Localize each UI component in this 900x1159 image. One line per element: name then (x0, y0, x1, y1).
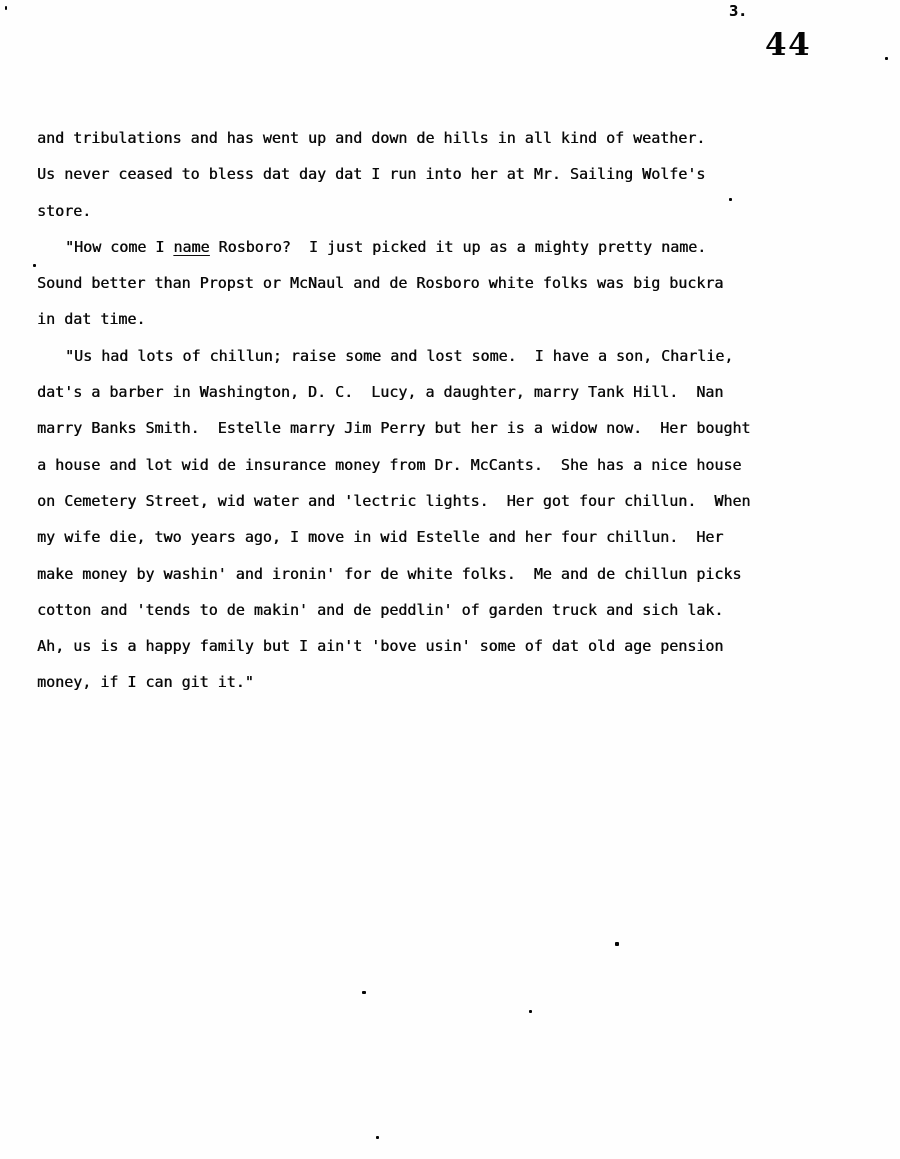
underlined-word: name (173, 238, 209, 256)
text-line: marry Banks Smith. Estelle marry Jim Per… (37, 410, 750, 446)
text-line: my wife die, two years ago, I move in wi… (37, 519, 750, 555)
text-line: in dat time. (37, 301, 750, 337)
archive-stamp-number: 44 (765, 27, 811, 63)
text-line: "Us had lots of chillun; raise some and … (37, 338, 750, 374)
scan-speck (729, 198, 732, 201)
text-line: money, if I can git it." (37, 664, 750, 700)
text-line: a house and lot wid de insurance money f… (37, 447, 750, 483)
text-line: and tribulations and has went up and dow… (37, 120, 750, 156)
text-line: on Cemetery Street, wid water and 'lectr… (37, 483, 750, 519)
text-line: cotton and 'tends to de makin' and de pe… (37, 592, 750, 628)
scan-speck (885, 57, 888, 60)
text-line: Ah, us is a happy family but I ain't 'bo… (37, 628, 750, 664)
scan-speck (362, 991, 366, 994)
scan-speck (376, 1136, 379, 1139)
text-line: "How come I name Rosboro? I just picked … (37, 229, 750, 265)
text-line: Sound better than Propst or McNaul and d… (37, 265, 750, 301)
scan-speck (529, 1010, 532, 1013)
typewritten-text: and tribulations and has went up and dow… (37, 120, 750, 701)
text-line: make money by washin' and ironin' for de… (37, 556, 750, 592)
text-line: dat's a barber in Washington, D. C. Lucy… (37, 374, 750, 410)
scan-speck (5, 6, 7, 10)
scan-speck (33, 264, 36, 267)
text-line: Us never ceased to bless dat day dat I r… (37, 156, 750, 192)
text-line: store. (37, 193, 750, 229)
page-number: 3. (729, 2, 747, 20)
scanned-page: 3. 44 and tribulations and has went up a… (0, 0, 900, 1159)
scan-speck (615, 942, 619, 946)
